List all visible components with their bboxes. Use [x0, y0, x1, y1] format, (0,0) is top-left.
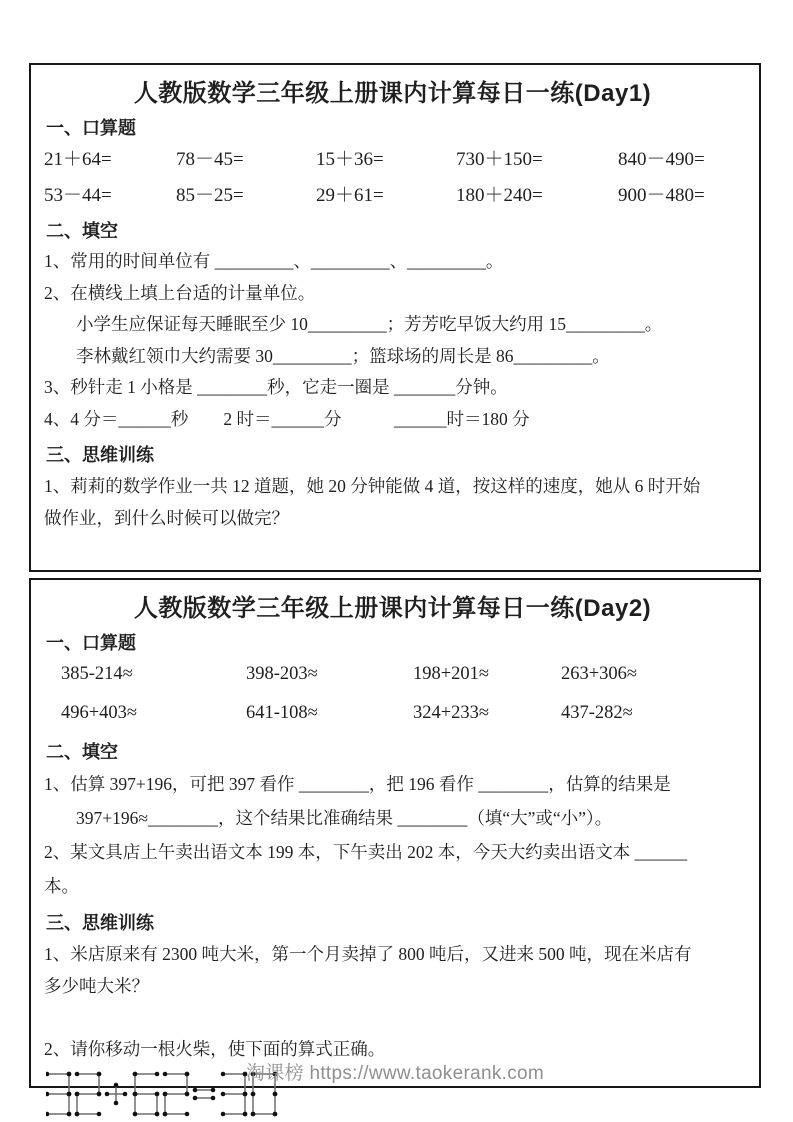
oral-problem: 180＋240=: [456, 180, 618, 211]
day1-fill-heading: 二、填空: [46, 220, 741, 242]
day1-oral-row-2: 53－44= 85－25= 29＋61= 180＋240= 900－480=: [44, 180, 741, 211]
oral-problem: 263+306≈: [561, 656, 741, 693]
oral-problem: 15＋36=: [316, 144, 456, 175]
fill-question-2-line2: 本。: [44, 869, 741, 903]
day2-oral-row-1: 385-214≈ 398-203≈ 198+201≈ 263+306≈: [44, 656, 741, 693]
day2-oral-row-2: 496+403≈ 641-108≈ 324+233≈ 437-282≈: [44, 695, 741, 732]
oral-problem: 437-282≈: [561, 695, 741, 732]
fill-question-1-line2: 397+196≈________，这个结果比准确结果 ________（填“大”…: [44, 801, 741, 835]
watermark-footer: 淘课榜 https://www.taokerank.com: [31, 1058, 759, 1085]
oral-problem: 385-214≈: [61, 656, 246, 693]
worksheet-day1: 人教版数学三年级上册课内计算每日一练(Day1) 一、口算题 21＋64= 78…: [29, 63, 761, 572]
fill-question-1: 1、常用的时间单位有 _________、_________、_________…: [44, 246, 741, 278]
oral-problem: 840－490=: [618, 144, 741, 175]
thinking-question-1-line2: 做作业，到什么时候可以做完？: [44, 502, 741, 534]
oral-problem: 324+233≈: [413, 695, 561, 732]
oral-problem: 21＋64=: [44, 144, 176, 175]
thinking-question-1-line1: 1、莉莉的数学作业一共 12 道题，她 20 分钟能做 4 道，按这样的速度，她…: [44, 470, 741, 502]
oral-problem: 730＋150=: [456, 144, 618, 175]
fill-question-3: 3、秒针走 1 小格是 ________秒，它走一圈是 _______分钟。: [44, 372, 741, 404]
worksheet-day2: 人教版数学三年级上册课内计算每日一练(Day2) 一、口算题 385-214≈ …: [29, 578, 761, 1088]
fill-question-4: 4、4 分＝______秒 2 时＝______分 ______时＝180 分: [44, 404, 741, 436]
day1-oral-row-1: 21＋64= 78－45= 15＋36= 730＋150= 840－490=: [44, 144, 741, 175]
oral-problem: 78－45=: [176, 144, 316, 175]
oral-problem: 496+403≈: [61, 695, 246, 732]
oral-problem: 398-203≈: [246, 656, 413, 693]
day2-fill-heading: 二、填空: [46, 741, 741, 763]
fill-question-2-line1: 2、某文具店上午卖出语文本 199 本，下午卖出 202 本，今天大约卖出语文本…: [44, 835, 741, 869]
day2-thinking-heading: 三、思维训练: [46, 912, 741, 934]
oral-problem: 900－480=: [618, 180, 741, 211]
oral-problem: 53－44=: [44, 180, 176, 211]
worksheet-day1-title: 人教版数学三年级上册课内计算每日一练(Day1): [44, 80, 741, 108]
day1-thinking-heading: 三、思维训练: [46, 444, 741, 466]
oral-problem: 85－25=: [176, 180, 316, 211]
oral-problem: 641-108≈: [246, 695, 413, 732]
oral-problem: 29＋61=: [316, 180, 456, 211]
fill-question-2-line2: 李林戴红领巾大约需要 30_________；篮球场的周长是 86_______…: [44, 341, 741, 373]
fill-question-1-line1: 1、估算 397+196，可把 397 看作 ________，把 196 看作…: [44, 767, 741, 801]
fill-question-2: 2、在横线上填上台适的计量单位。: [44, 278, 741, 310]
day2-oral-heading: 一、口算题: [46, 632, 741, 654]
worksheet-day2-title: 人教版数学三年级上册课内计算每日一练(Day2): [44, 595, 741, 623]
day1-oral-heading: 一、口算题: [46, 117, 741, 139]
thinking-question-1-line2: 多少吨大米？: [44, 970, 741, 1002]
oral-problem: 198+201≈: [413, 656, 561, 693]
thinking-question-1-line1: 1、米店原来有 2300 吨大米，第一个月卖掉了 800 吨后，又进来 500 …: [44, 938, 741, 970]
fill-question-2-line1: 小学生应保证每天睡眠至少 10_________；芳芳吃早饭大约用 15____…: [44, 309, 741, 341]
